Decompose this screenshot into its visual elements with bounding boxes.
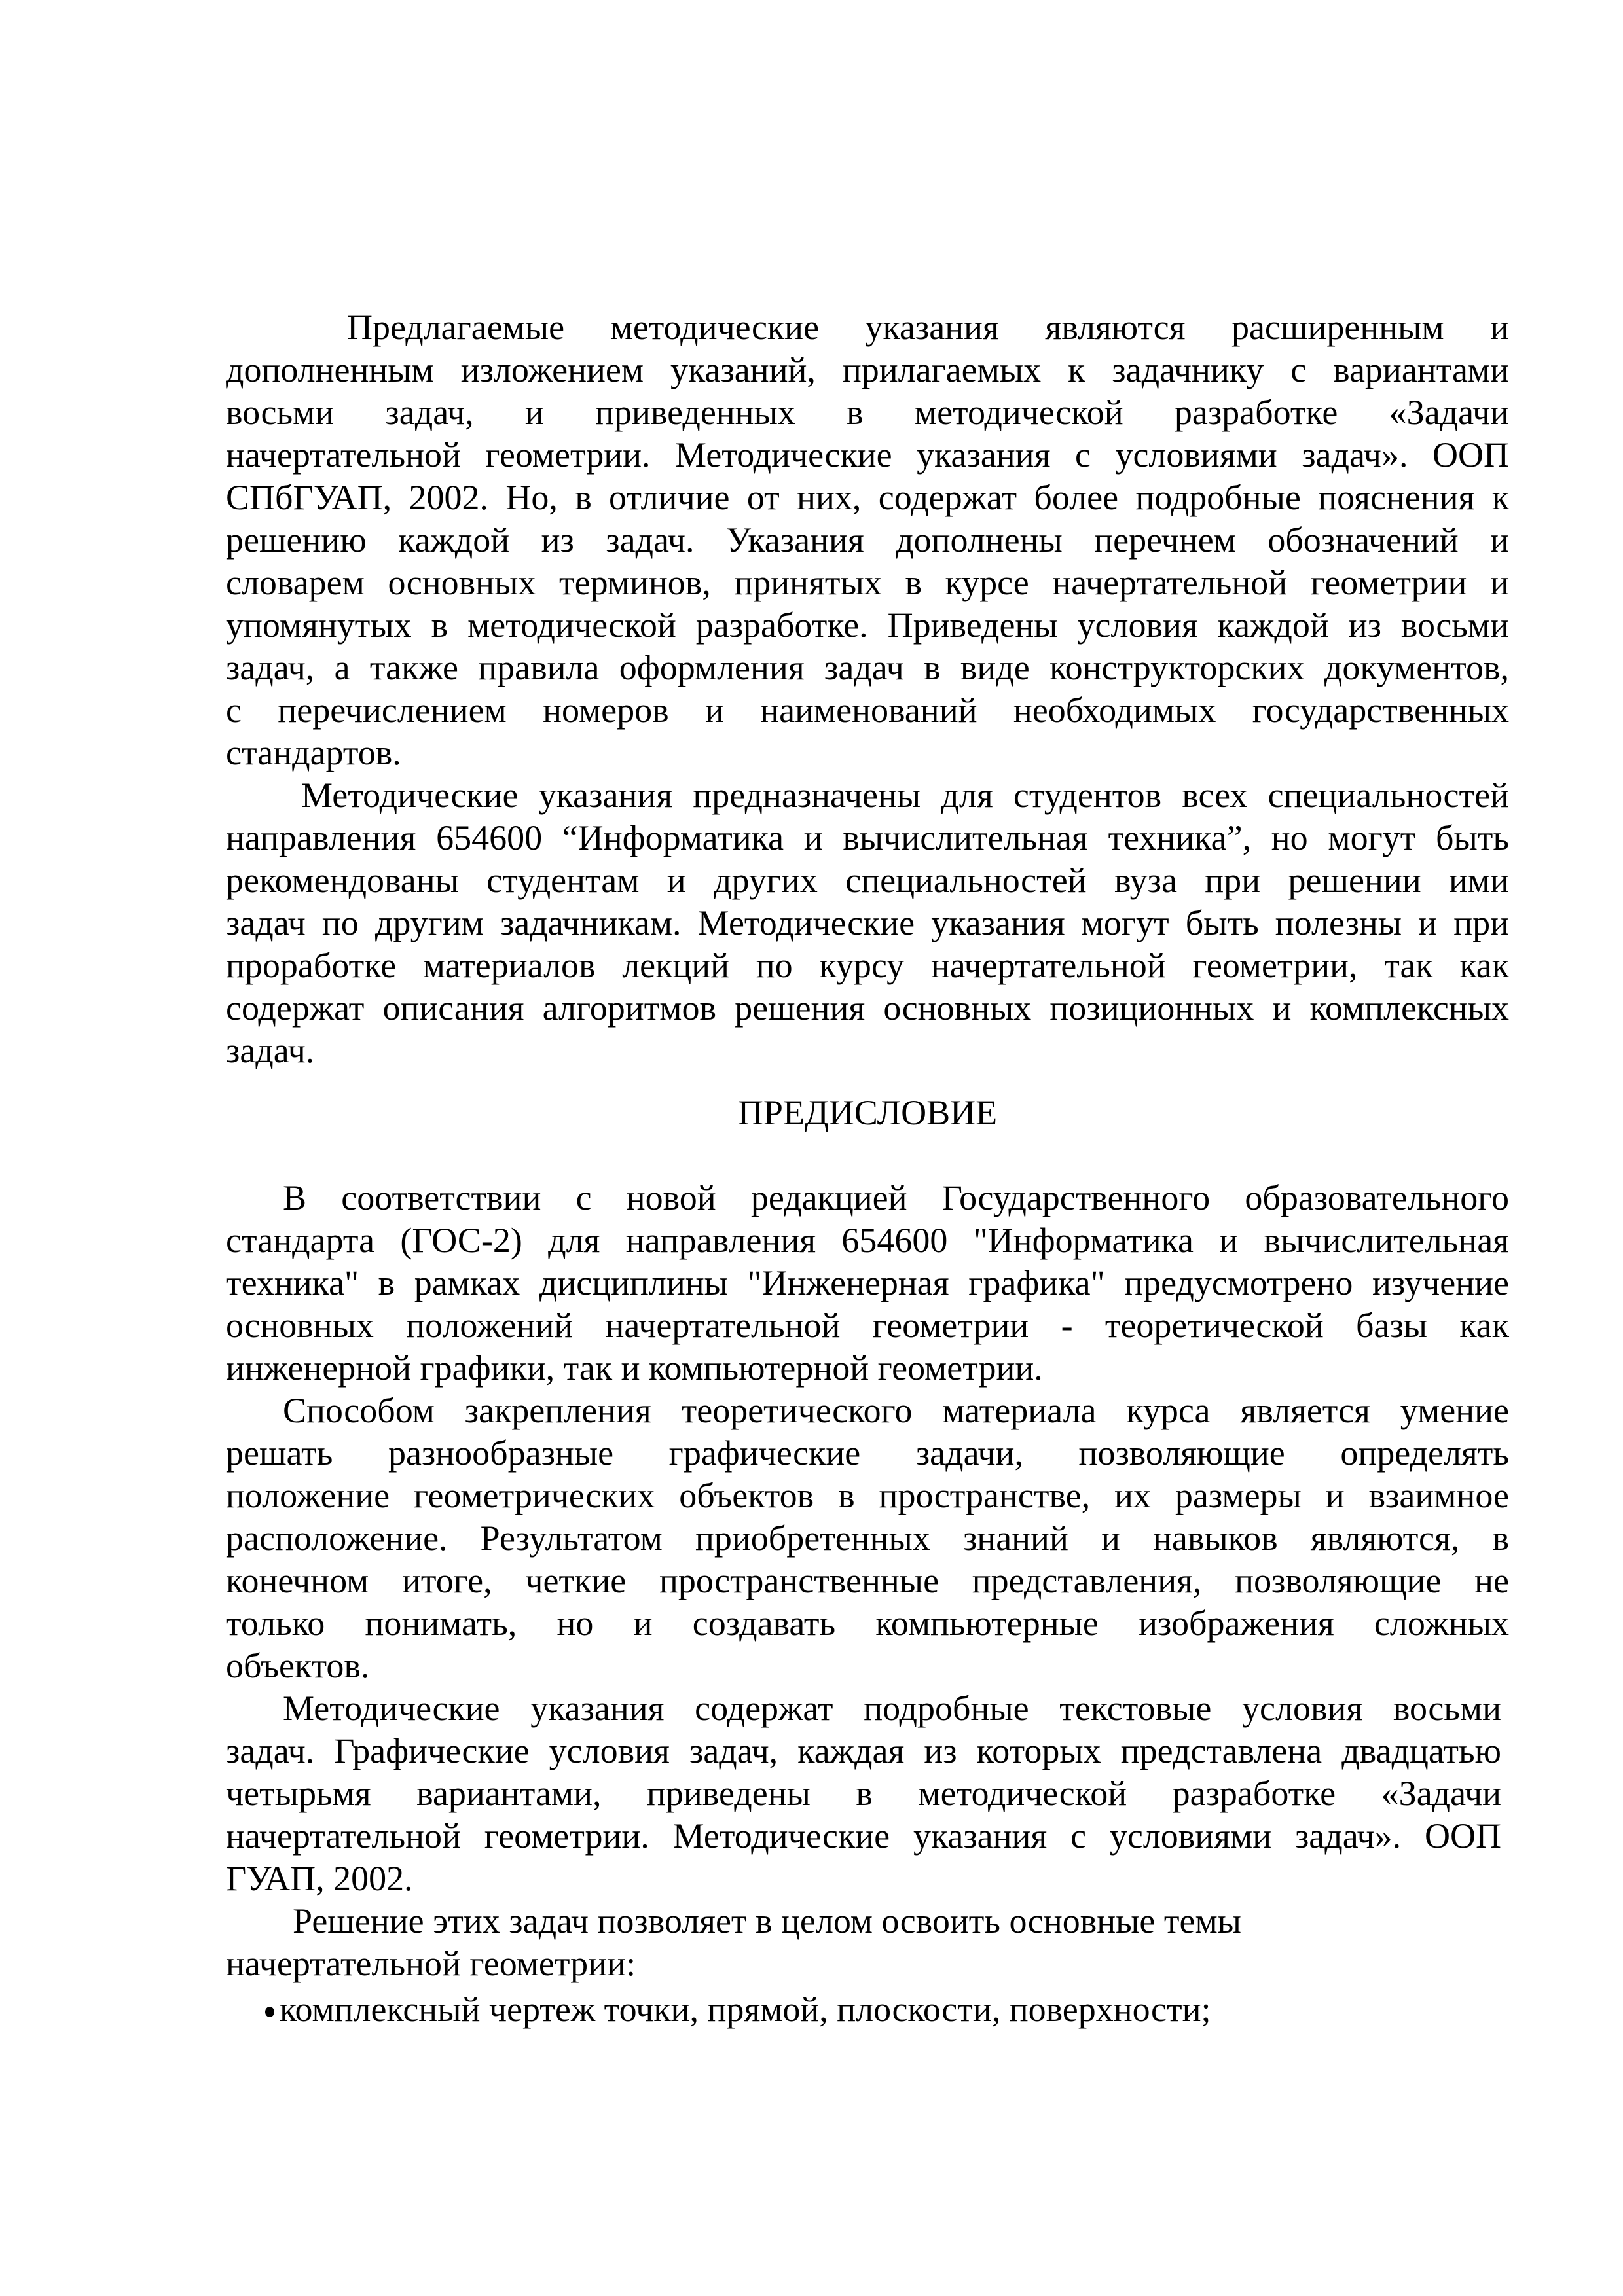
- text-line: начертательной геометрии. Методические у…: [226, 433, 1509, 476]
- document-page: Предлагаемые методические указания являю…: [0, 0, 1623, 2296]
- text-line: задач по другим задачникам. Методические…: [226, 901, 1509, 944]
- text-line: основных положений начертательной геомет…: [226, 1304, 1509, 1347]
- text-line: Решение этих задач позволяет в целом осв…: [293, 1899, 1509, 1943]
- text-line: начертательной геометрии:: [226, 1942, 1509, 1985]
- text-line: направления 654600 “Информатика и вычисл…: [226, 816, 1509, 859]
- list-item-text: комплексный чертеж точки, прямой, плоско…: [280, 1990, 1211, 2029]
- text-line: расположение. Результатом приобретенных …: [226, 1516, 1509, 1560]
- text-line: Методические указания содержат подробные…: [283, 1687, 1501, 1730]
- text-line: дополненным изложением указаний, прилага…: [226, 348, 1509, 391]
- text-line: Предлагаемые методические указания являю…: [347, 306, 1509, 349]
- text-line: стандарта (ГОС-2) для направления 654600…: [226, 1219, 1509, 1262]
- text-line: Методические указания предназначены для …: [301, 774, 1509, 817]
- text-line: словарем основных терминов, принятых в к…: [226, 561, 1509, 604]
- text-line: проработке материалов лекций по курсу на…: [226, 944, 1509, 987]
- text-line: задач.: [226, 1029, 1509, 1072]
- text-line: с перечислением номеров и наименований н…: [226, 689, 1509, 732]
- text-line: содержат описания алгоритмов решения осн…: [226, 986, 1509, 1030]
- text-line: объектов.: [226, 1644, 1509, 1687]
- list-item: комплексный чертеж точки, прямой, плоско…: [265, 1988, 1211, 2031]
- text-line: решению каждой из задач. Указания дополн…: [226, 518, 1509, 562]
- text-line: техника" в рамках дисциплины "Инженерная…: [226, 1261, 1509, 1304]
- section-heading-preface: ПРЕДИСЛОВИЕ: [226, 1091, 1509, 1134]
- text-line: инженерной графики, так и компьютерной г…: [226, 1346, 1509, 1390]
- text-line: только понимать, но и создавать компьюте…: [226, 1602, 1509, 1645]
- text-line: решать разнообразные графические задачи,…: [226, 1431, 1509, 1475]
- text-line: рекомендованы студентам и других специал…: [226, 859, 1509, 902]
- text-line: задач, а также правила оформления задач …: [226, 646, 1509, 689]
- text-line: задач. Графические условия задач, каждая…: [226, 1729, 1501, 1772]
- text-line: восьми задач, и приведенных в методическ…: [226, 391, 1509, 434]
- text-line: конечном итоге, четкие пространственные …: [226, 1559, 1509, 1602]
- text-line: СПбГУАП, 2002. Но, в отличие от них, сод…: [226, 476, 1509, 519]
- text-line: ГУАП, 2002.: [226, 1857, 1501, 1900]
- text-line: четырьмя вариантами, приведены в методич…: [226, 1772, 1501, 1815]
- bullet-dot-icon: [265, 2007, 274, 2017]
- text-line: Способом закрепления теоретического мате…: [283, 1389, 1509, 1432]
- text-line: В соответствии с новой редакцией Государ…: [283, 1176, 1509, 1219]
- text-line: положение геометрических объектов в прос…: [226, 1474, 1509, 1517]
- text-line: начертательной геометрии. Методические у…: [226, 1814, 1501, 1857]
- text-line: упомянутых в методической разработке. Пр…: [226, 603, 1509, 647]
- text-line: стандартов.: [226, 731, 1509, 774]
- text-column: Предлагаемые методические указания являю…: [226, 0, 1509, 2296]
